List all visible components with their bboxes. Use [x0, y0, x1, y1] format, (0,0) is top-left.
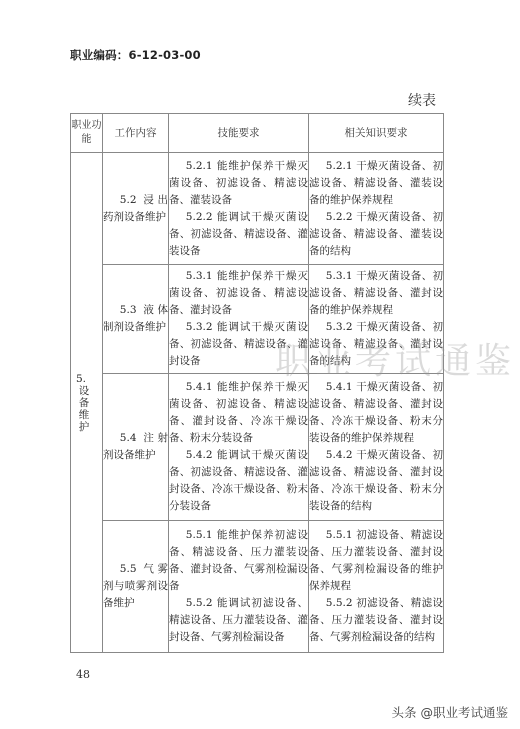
knowledge-cell: 5.5.1 初滤设备、精滤设备、压力灌装设备、灌封设备、气雾剂检漏设备的维护保养…	[309, 521, 444, 653]
column-header-function: 职业功能	[71, 114, 103, 153]
table-header-row: 职业功能 工作内容 技能要求 相关知识要求	[71, 114, 444, 153]
skill-cell: 5.2.1 能维护保养干燥灭菌设备、初滤设备、精滤设备、灌装设备 5.2.2 能…	[169, 153, 309, 265]
work-content-text: 5.2 浸出药剂设备维护	[103, 192, 168, 226]
function-cell: 5. 设备维护	[71, 153, 103, 653]
skill-cell: 5.5.1 能维护保养初滤设备、精滤设备、压力灌装设备、灌封设备、气雾剂检漏设备…	[169, 521, 309, 653]
knowledge-item: 5.2.2 干燥灭菌设备、初滤设备、精滤设备、灌装设备的结构	[309, 209, 443, 260]
work-content-cell: 5.2 浸出药剂设备维护	[103, 153, 169, 265]
knowledge-item: 5.3.2 干燥灭菌设备、初滤设备、精滤设备、灌封设备的结构	[309, 319, 443, 370]
work-content-cell: 5.3 液体制剂设备维护	[103, 265, 169, 374]
knowledge-item: 5.3.1 干燥灭菌设备、初滤设备、精滤设备、灌封设备的维护保养规程	[309, 268, 443, 319]
knowledge-item: 5.5.1 初滤设备、精滤设备、压力灌装设备、灌封设备、气雾剂检漏设备的维护保养…	[309, 527, 443, 595]
column-header-knowledge-requirements: 相关知识要求	[309, 114, 444, 153]
skill-item: 5.4.1 能维护保养干燥灭菌设备、初滤设备、精滤设备、灌封设备、冷冻干燥设备、…	[169, 379, 308, 447]
skill-item: 5.4.2 能调试干燥灭菌设备、初滤设备、精滤设备、灌封设备、冷冻干燥设备、粉末…	[169, 447, 308, 515]
knowledge-item: 5.2.1 干燥灭菌设备、初滤设备、精滤设备、灌装设备的维护保养规程	[309, 158, 443, 209]
skill-item: 5.2.1 能维护保养干燥灭菌设备、初滤设备、精滤设备、灌装设备	[169, 158, 308, 209]
table-row: 5.5 气雾剂与喷雾剂设备维护 5.5.1 能维护保养初滤设备、精滤设备、压力灌…	[71, 521, 444, 653]
skill-item: 5.3.2 能调试干燥灭菌设备、初滤设备、精滤设备、灌封设备	[169, 319, 308, 370]
table-row: 5. 设备维护 5.2 浸出药剂设备维护 5.2.1 能维护保养干燥灭菌设备、初…	[71, 153, 444, 265]
work-content-text: 5.3 液体制剂设备维护	[103, 302, 168, 336]
page-number: 48	[76, 668, 90, 681]
skill-standard-table: 职业功能 工作内容 技能要求 相关知识要求 5. 设备维护 5.2 浸出药剂设备…	[70, 113, 444, 653]
skill-cell: 5.3.1 能维护保养干燥灭菌设备、初滤设备、精滤设备、灌封设备 5.3.2 能…	[169, 265, 309, 374]
work-content-cell: 5.5 气雾剂与喷雾剂设备维护	[103, 521, 169, 653]
work-content-cell: 5.4 注射剂设备维护	[103, 374, 169, 521]
skill-item: 5.3.1 能维护保养干燥灭菌设备、初滤设备、精滤设备、灌封设备	[169, 268, 308, 319]
source-attribution: 头条 @职业考试通鉴	[392, 703, 508, 721]
knowledge-cell: 5.3.1 干燥灭菌设备、初滤设备、精滤设备、灌封设备的维护保养规程 5.3.2…	[309, 265, 444, 374]
function-number: 5.	[71, 373, 102, 385]
knowledge-item: 5.4.2 干燥灭菌设备、初滤设备、精滤设备、灌封设备、冷冻干燥设备、粉末分装设…	[309, 447, 443, 515]
function-name: 设备维护	[78, 385, 90, 433]
work-content-text: 5.4 注射剂设备维护	[103, 430, 168, 464]
knowledge-cell: 5.2.1 干燥灭菌设备、初滤设备、精滤设备、灌装设备的维护保养规程 5.2.2…	[309, 153, 444, 265]
continued-table-label: 续表	[408, 90, 436, 110]
table-row: 5.3 液体制剂设备维护 5.3.1 能维护保养干燥灭菌设备、初滤设备、精滤设备…	[71, 265, 444, 374]
skill-item: 5.5.1 能维护保养初滤设备、精滤设备、压力灌装设备、灌封设备、气雾剂检漏设备	[169, 527, 308, 595]
knowledge-item: 5.4.1 干燥灭菌设备、初滤设备、精滤设备、灌封设备、冷冻干燥设备、粉末分装设…	[309, 379, 443, 447]
column-header-skill-requirements: 技能要求	[169, 114, 309, 153]
knowledge-item: 5.5.2 初滤设备、精滤设备、压力灌装设备、灌封设备、气雾剂检漏设备的结构	[309, 595, 443, 646]
skill-cell: 5.4.1 能维护保养干燥灭菌设备、初滤设备、精滤设备、灌封设备、冷冻干燥设备、…	[169, 374, 309, 521]
skill-item: 5.2.2 能调试干燥灭菌设备、初滤设备、精滤设备、灌装设备	[169, 209, 308, 260]
table-row: 5.4 注射剂设备维护 5.4.1 能维护保养干燥灭菌设备、初滤设备、精滤设备、…	[71, 374, 444, 521]
column-header-work-content: 工作内容	[103, 114, 169, 153]
work-content-text: 5.5 气雾剂与喷雾剂设备维护	[103, 561, 168, 612]
skill-item: 5.5.2 能调试初滤设备、精滤设备、压力灌装设备、灌封设备、气雾剂检漏设备	[169, 595, 308, 646]
occupation-code: 职业编码：6-12-03-00	[70, 47, 201, 63]
knowledge-cell: 5.4.1 干燥灭菌设备、初滤设备、精滤设备、灌封设备、冷冻干燥设备、粉末分装设…	[309, 374, 444, 521]
